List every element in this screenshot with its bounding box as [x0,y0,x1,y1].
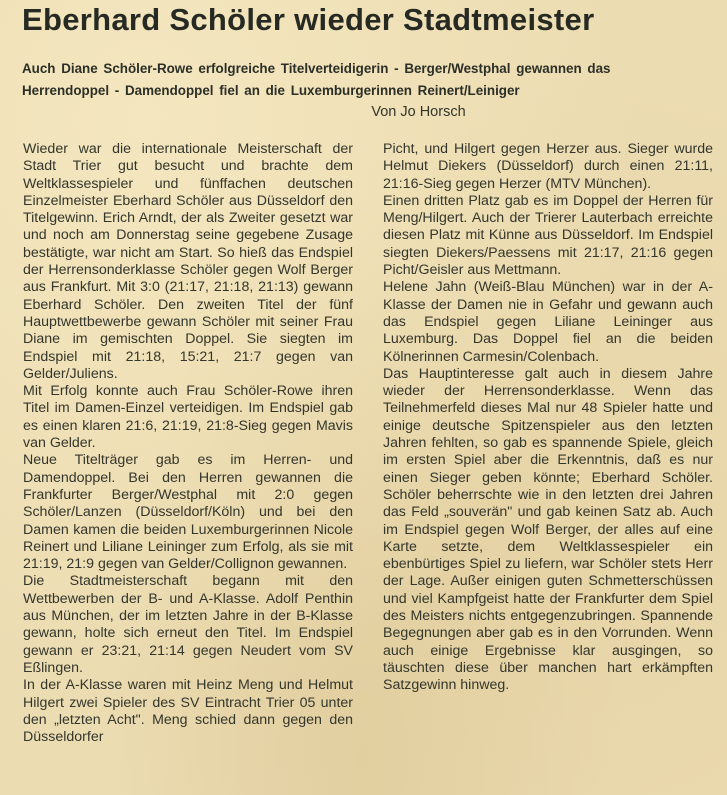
paragraph: Das Hauptinteresse galt auch in diesem J… [383,366,713,695]
article-column-right: Picht, und Hilgert gegen Herzer aus. Sie… [383,141,713,695]
paragraph: Picht, und Hilgert gegen Herzer aus. Sie… [383,141,713,193]
newspaper-clipping: Eberhard Schöler wieder Stadtmeister Auc… [0,0,727,795]
paragraph: Wieder war die internationale Meistersch… [23,141,353,383]
article-subheadline: Auch Diane Schöler-Rowe erfolgreiche Tit… [22,58,702,102]
article-headline: Eberhard Schöler wieder Stadtmeister [22,2,594,38]
paragraph: In der A-Klasse waren mit Heinz Meng und… [23,677,353,746]
article-byline: Von Jo Horsch [0,104,727,120]
paragraph: Helene Jahn (Weiß-Blau München) war in d… [383,279,713,365]
paragraph: Die Stadtmeisterschaft begann mit den We… [23,573,353,677]
paragraph: Einen dritten Platz gab es im Doppel der… [383,193,713,279]
article-column-left: Wieder war die internationale Meistersch… [23,141,353,746]
paragraph: Mit Erfolg konnte auch Frau Schöler-Rowe… [23,383,353,452]
paragraph: Neue Titelträger gab es im Herren- und D… [23,452,353,573]
